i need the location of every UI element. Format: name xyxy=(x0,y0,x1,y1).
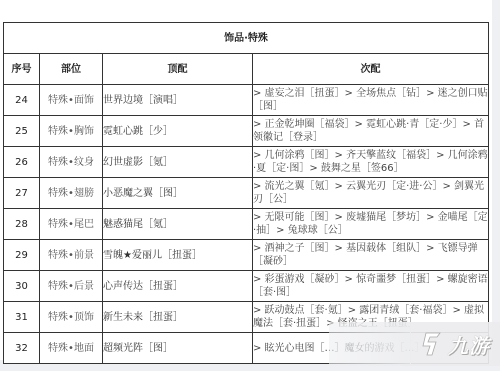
table-row: 29 特殊•前景 雪魄★爱丽儿［扭蛋］ > 酒神之子［图］> 基因载体［组队］>… xyxy=(4,240,489,271)
row-secondary-config: > 虚妄之泪［扭蛋］> 全场焦点［钻］> 迷之创口贴［图］ xyxy=(253,85,489,116)
row-top-config: 世界边境［演唱］ xyxy=(103,85,253,116)
table-header-row: 序号 部位 顶配 次配 xyxy=(4,54,489,85)
row-top-config: 新生未来［扭蛋］ xyxy=(103,302,253,333)
row-top-config: 雪魄★爱丽儿［扭蛋］ xyxy=(103,240,253,271)
header-part: 部位 xyxy=(40,54,103,85)
row-secondary-config: > 几何涂鸦［图］> 齐天擎蓝纹［福袋］> 几何涂鸦·夏［定·图］> 鼓舞之星［… xyxy=(253,147,489,178)
page-margin-right xyxy=(492,0,500,371)
row-top-config: 心声传达［扭蛋］ xyxy=(103,271,253,302)
row-index: 26 xyxy=(4,147,40,178)
row-part: 特殊•尾巴 xyxy=(40,209,103,240)
table-row: 25 特殊•胸饰 霓虹心跳［少］ > 正金乾坤圈［福袋］> 霓虹心跳·青［定·少… xyxy=(4,116,489,147)
row-index: 24 xyxy=(4,85,40,116)
row-part: 特殊•后景 xyxy=(40,271,103,302)
row-part: 特殊•胸饰 xyxy=(40,116,103,147)
table-title: 饰品·特殊 xyxy=(4,23,489,54)
row-index: 32 xyxy=(4,333,40,364)
row-part: 特殊•顶饰 xyxy=(40,302,103,333)
row-top-config: 超频光阵［图］ xyxy=(103,333,253,364)
row-index: 27 xyxy=(4,178,40,209)
watermark-logo: 九游 xyxy=(410,322,500,366)
row-top-config: 幻世虚影［氪］ xyxy=(103,147,253,178)
row-part: 特殊•面饰 xyxy=(40,85,103,116)
row-part: 特殊•地面 xyxy=(40,333,103,364)
row-index: 29 xyxy=(4,240,40,271)
watermark-logo-text: 九游 xyxy=(448,330,490,359)
row-part: 特殊•纹身 xyxy=(40,147,103,178)
row-top-config: 霓虹心跳［少］ xyxy=(103,116,253,147)
row-top-config: 小恶魔之翼［图］ xyxy=(103,178,253,209)
row-index: 30 xyxy=(4,271,40,302)
row-top-config: 魅惑猫尾［氪］ xyxy=(103,209,253,240)
table-row: 24 特殊•面饰 世界边境［演唱］ > 虚妄之泪［扭蛋］> 全场焦点［钻］> 迷… xyxy=(4,85,489,116)
row-part: 特殊•翅膀 xyxy=(40,178,103,209)
row-secondary-config: > 彩蛋游戏［凝砂］> 惊奇噩梦［扭蛋］> 螺旋密语［套·图］ xyxy=(253,271,489,302)
row-part: 特殊•前景 xyxy=(40,240,103,271)
row-secondary-config: > 流光之翼［氪］> 云翼光刃［定·进·公］> 剑翼光刃［公］ xyxy=(253,178,489,209)
row-secondary-config: > 无限可能［图］> 废墟猫尾［梦坊］> 金喵尾［定·抽］> 兔球球［公］ xyxy=(253,209,489,240)
jiuyou-logo-icon xyxy=(420,331,444,357)
table-row: 28 特殊•尾巴 魅惑猫尾［氪］ > 无限可能［图］> 废墟猫尾［梦坊］> 金喵… xyxy=(4,209,489,240)
header-top-config: 顶配 xyxy=(103,54,253,85)
row-secondary-config: > 正金乾坤圈［福袋］> 霓虹心跳·青［定·少］> 首领徽记［登录］ xyxy=(253,116,489,147)
row-index: 31 xyxy=(4,302,40,333)
header-index: 序号 xyxy=(4,54,40,85)
table-row: 27 特殊•翅膀 小恶魔之翼［图］ > 流光之翼［氪］> 云翼光刃［定·进·公］… xyxy=(4,178,489,209)
row-index: 25 xyxy=(4,116,40,147)
table-title-row: 饰品·特殊 xyxy=(4,23,489,54)
row-secondary-config: > 酒神之子［图］> 基因载体［组队］> 飞镖导弹［凝砂］ xyxy=(253,240,489,271)
accessory-special-table: 饰品·特殊 序号 部位 顶配 次配 24 特殊•面饰 世界边境［演唱］ > 虚妄… xyxy=(3,22,489,364)
row-index: 28 xyxy=(4,209,40,240)
header-secondary-config: 次配 xyxy=(253,54,489,85)
watermark-fade xyxy=(329,322,411,366)
table-row: 30 特殊•后景 心声传达［扭蛋］ > 彩蛋游戏［凝砂］> 惊奇噩梦［扭蛋］> … xyxy=(4,271,489,302)
table-row: 26 特殊•纹身 幻世虚影［氪］ > 几何涂鸦［图］> 齐天擎蓝纹［福袋］> 几… xyxy=(4,147,489,178)
